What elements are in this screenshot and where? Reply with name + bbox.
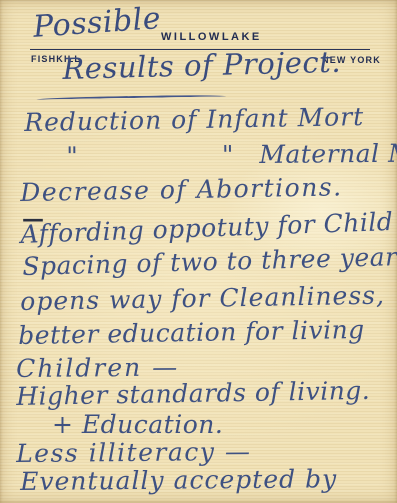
- note-line-opens-way-cleanliness: opens way for Cleanliness,: [20, 281, 385, 316]
- note-line-decrease-abortions: Decrease of Abortions.: [20, 172, 343, 207]
- note-line-higher-standards: Higher standards of living.: [16, 376, 370, 411]
- title-underline: [36, 94, 226, 99]
- note-line-reduction-infant-mortality: Reduction of Infant Mort: [24, 102, 364, 137]
- note-line-child-spacing: Spacing of two to three years: [22, 242, 397, 281]
- letterhead-name: WILLOWLAKE: [161, 31, 262, 43]
- note-line-better-education: better education for living: [18, 315, 365, 350]
- note-line-children: Children —: [16, 353, 179, 383]
- note-line-and-education: + Education.: [52, 410, 223, 439]
- note-line-maternal-mortality: " " Maternal Mort.: [24, 138, 397, 171]
- stationery-paper: WILLOWLAKE FISHKILL NEW YORK Possible Re…: [0, 0, 397, 503]
- note-line-eventually-accepted: Eventually accepted by: [20, 464, 337, 496]
- handwritten-title: Results of Project.: [62, 45, 341, 86]
- note-line-affording-opportunity: Affording oppotuty for Child: [20, 207, 394, 249]
- handwritten-title-word: Possible: [32, 1, 162, 45]
- note-line-less-illiteracy: Less illiteracy —: [16, 437, 252, 468]
